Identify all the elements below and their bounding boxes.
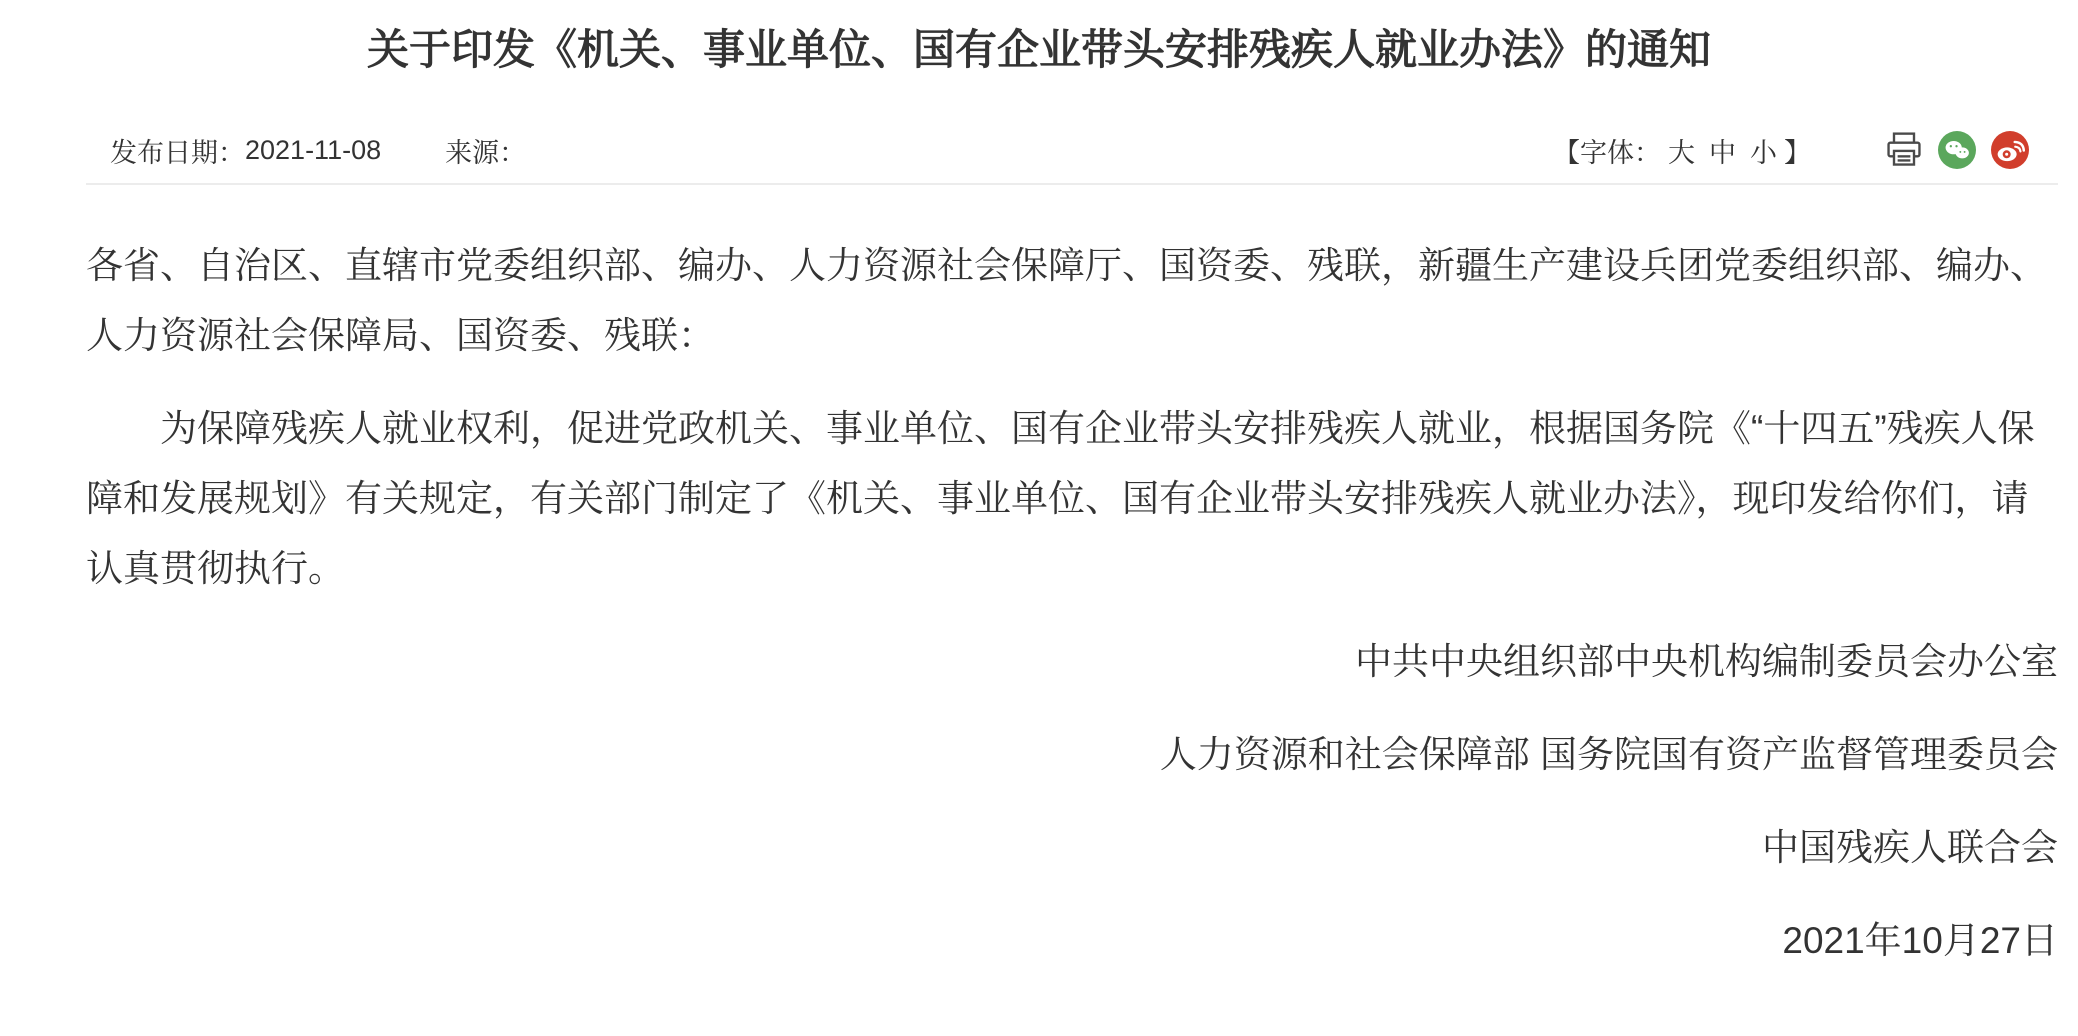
signature-line: 中共中央组织部中央机构编制委员会办公室 <box>86 627 2058 697</box>
meta-row: 发布日期： 2021-11-08 来源： 【字体： 大 中 小 】 <box>86 130 2058 170</box>
publish-date-value: 2021-11-08 <box>245 135 381 166</box>
salutation-paragraph: 各省、自治区、直辖市党委组织部、编办、人力资源社会保障厅、国资委、残联，新疆生产… <box>86 231 2058 371</box>
font-size-large-button[interactable]: 大 <box>1668 131 1695 170</box>
printer-icon[interactable] <box>1884 130 1924 170</box>
source-label: 来源： <box>445 131 526 170</box>
font-size-medium-button[interactable]: 中 <box>1709 131 1736 170</box>
font-size-small-button[interactable]: 小 <box>1750 131 1777 170</box>
header-divider <box>86 183 2058 185</box>
main-paragraph: 为保障残疾人就业权利，促进党政机关、事业单位、国有企业带头安排残疾人就业，根据国… <box>86 394 2058 604</box>
signature-date: 2021年10月27日 <box>86 906 2058 976</box>
font-widget-suffix: 】 <box>1784 131 1811 170</box>
publish-date-label: 发布日期： <box>110 131 245 170</box>
signature-line: 人力资源和社会保障部 国务院国有资产监督管理委员会 <box>86 720 2058 790</box>
content-area: 发布日期： 2021-11-08 来源： 【字体： 大 中 小 】 <box>86 130 2058 976</box>
wechat-share-icon[interactable] <box>1937 130 1977 170</box>
signature-line: 中国残疾人联合会 <box>86 813 2058 883</box>
font-widget-prefix: 【字体： <box>1553 131 1661 170</box>
article-body: 各省、自治区、直辖市党委组织部、编办、人力资源社会保障厅、国资委、残联，新疆生产… <box>86 231 2058 976</box>
meta-right: 【字体： 大 中 小 】 <box>1553 130 2030 170</box>
share-icon-row <box>1871 130 2030 170</box>
meta-left: 发布日期： 2021-11-08 来源： <box>86 131 526 170</box>
page-title: 关于印发《机关、事业单位、国有企业带头安排残疾人就业办法》的通知 <box>0 25 2078 75</box>
weibo-share-icon[interactable] <box>1990 130 2030 170</box>
font-size-widget: 【字体： 大 中 小 】 <box>1553 131 1811 170</box>
